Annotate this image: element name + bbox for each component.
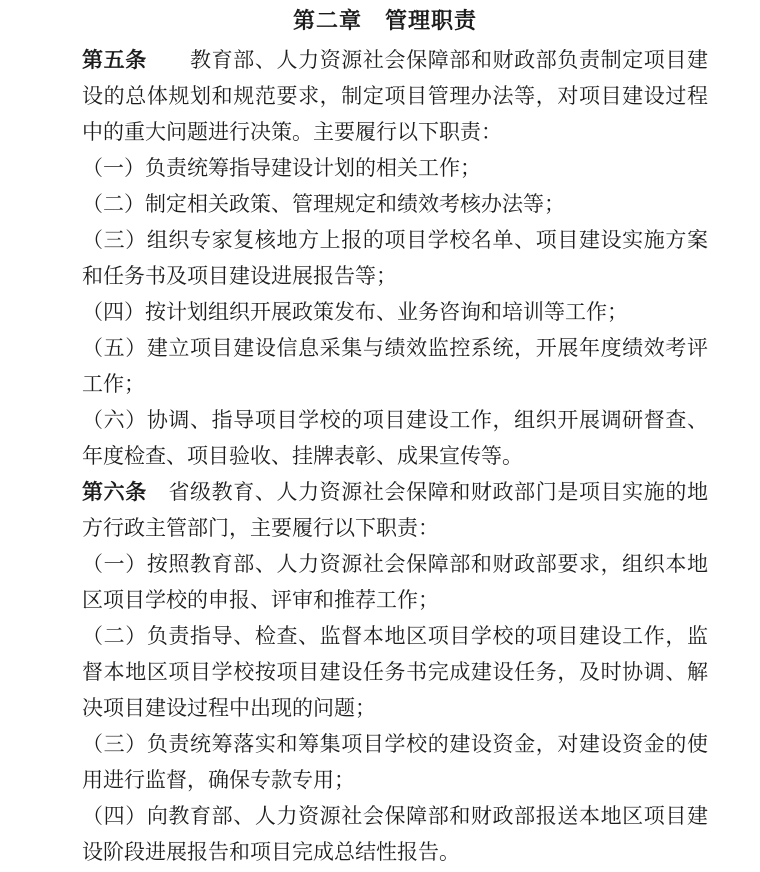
item-paragraph: （一）负责统筹指导建设计划的相关工作； [82, 150, 708, 186]
item-paragraph: （三）组织专家复核地方上报的项目学校名单、项目建设实施方案和任务书及项目建设进展… [82, 222, 708, 294]
article-number: 第六条 [82, 480, 147, 504]
paragraph-text: （一）按照教育部、人力资源社会保障部和财政部要求，组织本地区项目学校的申报、评审… [82, 552, 708, 612]
paragraph-text: （四）向教育部、人力资源社会保障部和财政部报送本地区项目建设阶段进展报告和项目完… [82, 804, 708, 864]
paragraph-text: （六）协调、指导项目学校的项目建设工作，组织开展调研督查、年度检查、项目验收、挂… [82, 408, 708, 468]
paragraph-text: （一）负责统筹指导建设计划的相关工作； [82, 156, 481, 180]
document-body: 第五条 教育部、人力资源社会保障部和财政部负责制定项目建设的总体规划和规范要求，… [82, 42, 708, 870]
item-paragraph: （二）制定相关政策、管理规定和绩效考核办法等； [82, 186, 708, 222]
paragraph-text: （五）建立项目建设信息采集与绩效监控系统，开展年度绩效考评工作； [82, 336, 708, 396]
paragraph-text: （三）负责统筹落实和筹集项目学校的建设资金，对建设资金的使用进行监督，确保专款专… [82, 732, 708, 792]
document-page: 第二章 管理职责 第五条 教育部、人力资源社会保障部和财政部负责制定项目建设的总… [0, 0, 760, 872]
item-paragraph: （四）向教育部、人力资源社会保障部和财政部报送本地区项目建设阶段进展报告和项目完… [82, 798, 708, 870]
paragraph-text: （四）按计划组织开展政策发布、业务咨询和培训等工作； [82, 300, 628, 324]
paragraph-text: （三）组织专家复核地方上报的项目学校名单、项目建设实施方案和任务书及项目建设进展… [82, 228, 708, 288]
article-number: 第五条 [82, 48, 147, 72]
paragraph-text: 教育部、人力资源社会保障部和财政部负责制定项目建设的总体规划和规范要求，制定项目… [82, 48, 708, 144]
item-paragraph: （二）负责指导、检查、监督本地区项目学校的项目建设工作，监督本地区项目学校按项目… [82, 618, 708, 726]
article-paragraph: 第六条 省级教育、人力资源社会保障和财政部门是项目实施的地方行政主管部门，主要履… [82, 474, 708, 546]
chapter-title: 第二章 管理职责 [72, 6, 698, 36]
article-paragraph: 第五条 教育部、人力资源社会保障部和财政部负责制定项目建设的总体规划和规范要求，… [82, 42, 708, 150]
item-paragraph: （五）建立项目建设信息采集与绩效监控系统，开展年度绩效考评工作； [82, 330, 708, 402]
paragraph-text: （二）负责指导、检查、监督本地区项目学校的项目建设工作，监督本地区项目学校按项目… [82, 624, 708, 720]
paragraph-text: （二）制定相关政策、管理规定和绩效考核办法等； [82, 192, 565, 216]
paragraph-text: 省级教育、人力资源社会保障和财政部门是项目实施的地方行政主管部门，主要履行以下职… [82, 480, 708, 540]
item-paragraph: （六）协调、指导项目学校的项目建设工作，组织开展调研督查、年度检查、项目验收、挂… [82, 402, 708, 474]
item-paragraph: （一）按照教育部、人力资源社会保障部和财政部要求，组织本地区项目学校的申报、评审… [82, 546, 708, 618]
item-paragraph: （四）按计划组织开展政策发布、业务咨询和培训等工作； [82, 294, 708, 330]
item-paragraph: （三）负责统筹落实和筹集项目学校的建设资金，对建设资金的使用进行监督，确保专款专… [82, 726, 708, 798]
